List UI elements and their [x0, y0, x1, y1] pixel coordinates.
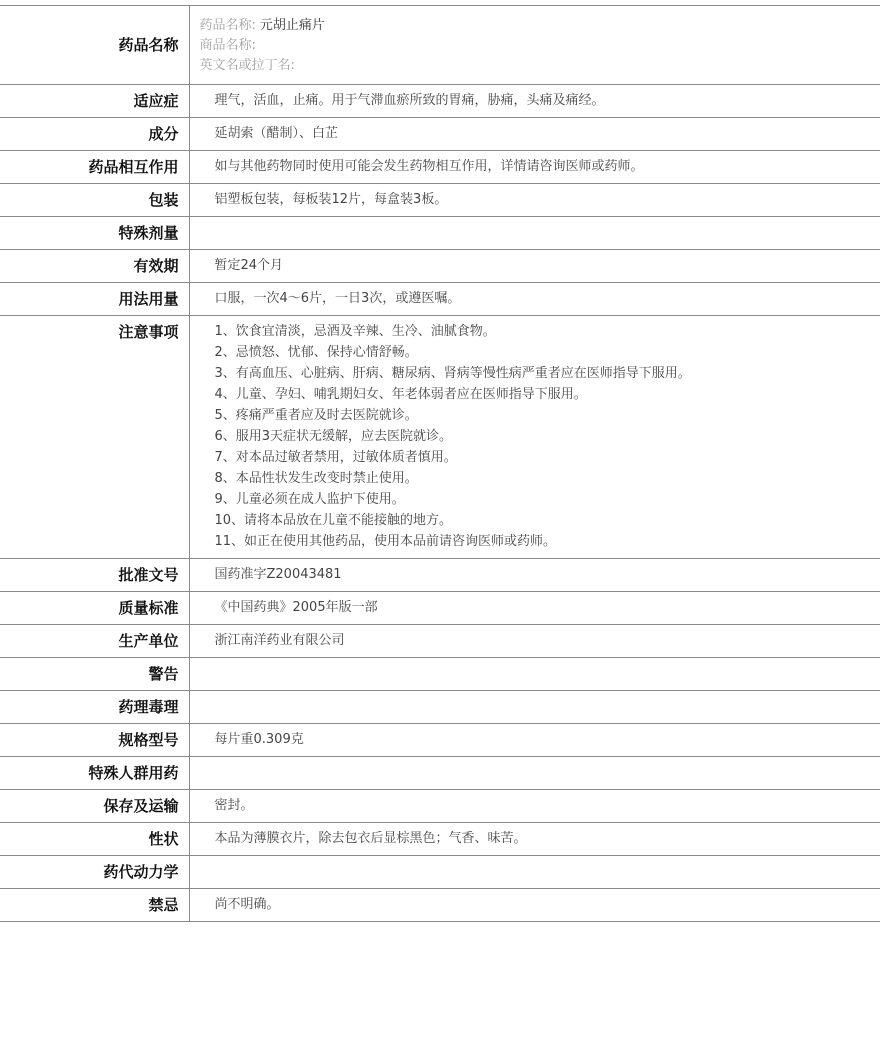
row-value: 本品为薄膜衣片，除去包衣后显棕黑色；气香、味苦。 — [189, 823, 880, 856]
row-label: 适应症 — [0, 85, 189, 118]
row-value: 铝塑板包装，每板装12片，每盒装3板。 — [189, 184, 880, 217]
row-value: 口服，一次4～6片，一日3次，或遵医嘱。 — [189, 283, 880, 316]
generic-name-value: 元胡止痛片 — [260, 18, 325, 33]
row-label: 禁忌 — [0, 889, 189, 922]
row-value: 理气，活血，止痛。用于气滞血瘀所致的胃痛，胁痛，头痛及痛经。 — [189, 85, 880, 118]
row-special-dosage: 特殊剂量 — [0, 217, 880, 250]
row-shelf-life: 有效期 暂定24个月 — [0, 250, 880, 283]
row-manufacturer: 生产单位 浙江南洋药业有限公司 — [0, 625, 880, 658]
precautions-list: 1、饮食宜清淡，忌酒及辛辣、生冷、油腻食物。 2、忌愤怒、忧郁、保持心情舒畅。 … — [215, 321, 880, 552]
row-value — [189, 757, 880, 790]
precaution-item: 11、如正在使用其他药品，使用本品前请咨询医师或药师。 — [215, 531, 880, 552]
drug-name-cell: 药品名称:元胡止痛片 商品名称: 英文名或拉丁名: — [189, 6, 880, 85]
row-label: 药品相互作用 — [0, 151, 189, 184]
trade-name-label: 商品名称: — [200, 38, 256, 53]
generic-name-label: 药品名称: — [200, 18, 256, 33]
row-label: 用法用量 — [0, 283, 189, 316]
row-value: 尚不明确。 — [189, 889, 880, 922]
row-label: 药品名称 — [0, 6, 189, 85]
english-name-line: 英文名或拉丁名: — [200, 56, 880, 76]
row-storage-transport: 保存及运输 密封。 — [0, 790, 880, 823]
precaution-item: 3、有高血压、心脏病、肝病、糖尿病、肾病等慢性病严重者应在医师指导下服用。 — [215, 363, 880, 384]
row-value: 延胡索（醋制）、白芷 — [189, 118, 880, 151]
row-contraindications: 禁忌 尚不明确。 — [0, 889, 880, 922]
row-label: 药代动力学 — [0, 856, 189, 889]
precaution-item: 7、对本品过敏者禁用，过敏体质者慎用。 — [215, 447, 880, 468]
precaution-item: 1、饮食宜清淡，忌酒及辛辣、生冷、油腻食物。 — [215, 321, 880, 342]
row-value — [189, 691, 880, 724]
row-dosage: 用法用量 口服，一次4～6片，一日3次，或遵医嘱。 — [0, 283, 880, 316]
row-description: 性状 本品为薄膜衣片，除去包衣后显棕黑色；气香、味苦。 — [0, 823, 880, 856]
precautions-cell: 1、饮食宜清淡，忌酒及辛辣、生冷、油腻食物。 2、忌愤怒、忧郁、保持心情舒畅。 … — [189, 316, 880, 559]
row-drug-interactions: 药品相互作用 如与其他药物同时使用可能会发生药物相互作用，详情请咨询医师或药师。 — [0, 151, 880, 184]
precaution-item: 10、请将本品放在儿童不能接触的地方。 — [215, 510, 880, 531]
precaution-item: 2、忌愤怒、忧郁、保持心情舒畅。 — [215, 342, 880, 363]
row-label: 成分 — [0, 118, 189, 151]
row-approval-number: 批准文号 国药准字Z20043481 — [0, 559, 880, 592]
row-label: 有效期 — [0, 250, 189, 283]
row-packaging: 包装 铝塑板包装，每板装12片，每盒装3板。 — [0, 184, 880, 217]
row-value: 国药准字Z20043481 — [189, 559, 880, 592]
precaution-item: 8、本品性状发生改变时禁止使用。 — [215, 468, 880, 489]
row-indications: 适应症 理气，活血，止痛。用于气滞血瘀所致的胃痛，胁痛，头痛及痛经。 — [0, 85, 880, 118]
row-value — [189, 658, 880, 691]
row-label: 生产单位 — [0, 625, 189, 658]
precaution-item: 9、儿童必须在成人监护下使用。 — [215, 489, 880, 510]
row-value: 暂定24个月 — [189, 250, 880, 283]
english-name-label: 英文名或拉丁名: — [200, 58, 295, 73]
row-label: 药理毒理 — [0, 691, 189, 724]
row-ingredients: 成分 延胡索（醋制）、白芷 — [0, 118, 880, 151]
row-label: 批准文号 — [0, 559, 189, 592]
row-value: 每片重0.309克 — [189, 724, 880, 757]
row-label: 包装 — [0, 184, 189, 217]
row-warning: 警告 — [0, 658, 880, 691]
trade-name-line: 商品名称: — [200, 36, 880, 56]
row-label: 性状 — [0, 823, 189, 856]
row-specification: 规格型号 每片重0.309克 — [0, 724, 880, 757]
row-value: 《中国药典》2005年版一部 — [189, 592, 880, 625]
row-value — [189, 217, 880, 250]
row-label: 警告 — [0, 658, 189, 691]
row-label: 规格型号 — [0, 724, 189, 757]
row-precautions: 注意事项 1、饮食宜清淡，忌酒及辛辣、生冷、油腻食物。 2、忌愤怒、忧郁、保持心… — [0, 316, 880, 559]
row-pharmacokinetics: 药代动力学 — [0, 856, 880, 889]
row-value — [189, 856, 880, 889]
row-value: 密封。 — [189, 790, 880, 823]
row-label: 特殊人群用药 — [0, 757, 189, 790]
row-pharmacology-toxicology: 药理毒理 — [0, 691, 880, 724]
row-label: 注意事项 — [0, 316, 189, 559]
precaution-item: 6、服用3天症状无缓解，应去医院就诊。 — [215, 426, 880, 447]
row-quality-standard: 质量标准 《中国药典》2005年版一部 — [0, 592, 880, 625]
generic-name-line: 药品名称:元胡止痛片 — [200, 16, 880, 36]
row-label: 质量标准 — [0, 592, 189, 625]
precaution-item: 5、疼痛严重者应及时去医院就诊。 — [215, 405, 880, 426]
row-special-populations: 特殊人群用药 — [0, 757, 880, 790]
row-value: 浙江南洋药业有限公司 — [189, 625, 880, 658]
row-value: 如与其他药物同时使用可能会发生药物相互作用，详情请咨询医师或药师。 — [189, 151, 880, 184]
precaution-item: 4、儿童、孕妇、哺乳期妇女、年老体弱者应在医师指导下服用。 — [215, 384, 880, 405]
row-drug-name: 药品名称 药品名称:元胡止痛片 商品名称: 英文名或拉丁名: — [0, 6, 880, 85]
row-label: 特殊剂量 — [0, 217, 189, 250]
row-label: 保存及运输 — [0, 790, 189, 823]
drug-spec-table: 药品名称 药品名称:元胡止痛片 商品名称: 英文名或拉丁名: 适应症 理气，活血… — [0, 5, 880, 922]
